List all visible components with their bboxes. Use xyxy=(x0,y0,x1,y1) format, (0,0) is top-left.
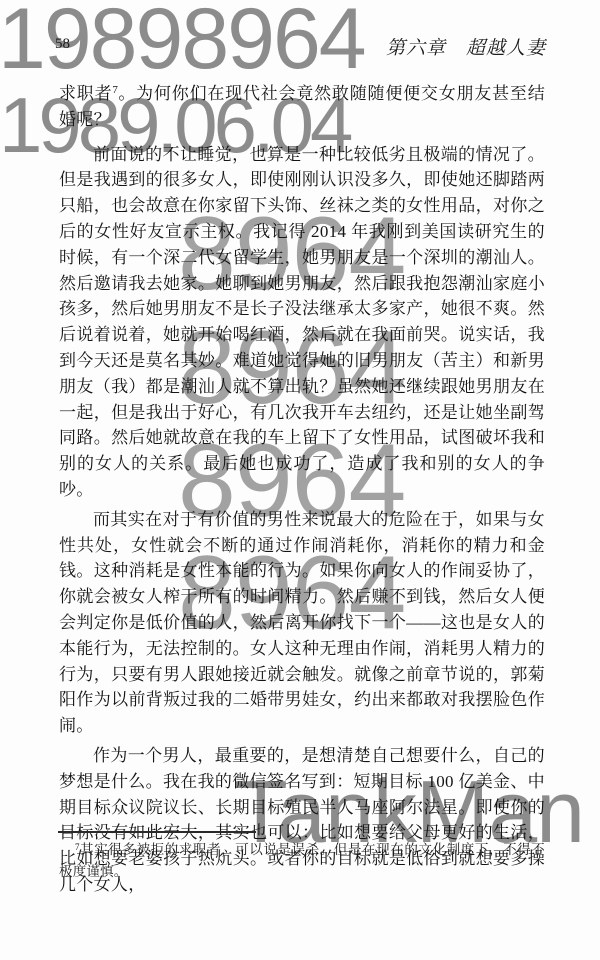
book-page: 19898964 1989.06.04 8964 8964 8964 8964 … xyxy=(0,0,600,960)
footnote-text: 其实很多被拒的求职者，可以说是误杀。但是在现在的文化制度下，不得不极度谨慎。 xyxy=(59,842,545,879)
paragraph: 求职者7。为何你们在现代社会竟然敢随随便便交女朋友甚至结婚呢？ xyxy=(59,78,545,133)
body-text: 求职者7。为何你们在现代社会竟然敢随随便便交女朋友甚至结婚呢？ 前面说的不让睡觉… xyxy=(59,78,545,898)
paragraph: 前面说的不让睡觉，也算是一种比较低劣且极端的情况了。但是我遇到的很多女人，即使刚… xyxy=(59,142,545,503)
chapter-title: 第六章 超越人妻 xyxy=(386,33,546,60)
footnote: 7其实很多被拒的求职者，可以说是误杀。但是在现在的文化制度下，不得不极度谨慎。 xyxy=(59,836,545,883)
paragraph-text: 。为何你们在现代社会竟然敢随随便便交女朋友甚至结婚呢？ xyxy=(59,84,545,129)
page-number: 58 xyxy=(55,36,70,53)
paragraph-text: 求职者 xyxy=(59,84,112,103)
footnote-separator-line xyxy=(58,831,256,833)
paragraph: 而其实在对于有价值的男性来说最大的危险在于，如果与女性共处，女性就会不断的通过作… xyxy=(59,507,545,739)
page-content: 58 第六章 超越人妻 求职者7。为何你们在现代社会竟然敢随随便便交女朋友甚至结… xyxy=(0,0,600,960)
